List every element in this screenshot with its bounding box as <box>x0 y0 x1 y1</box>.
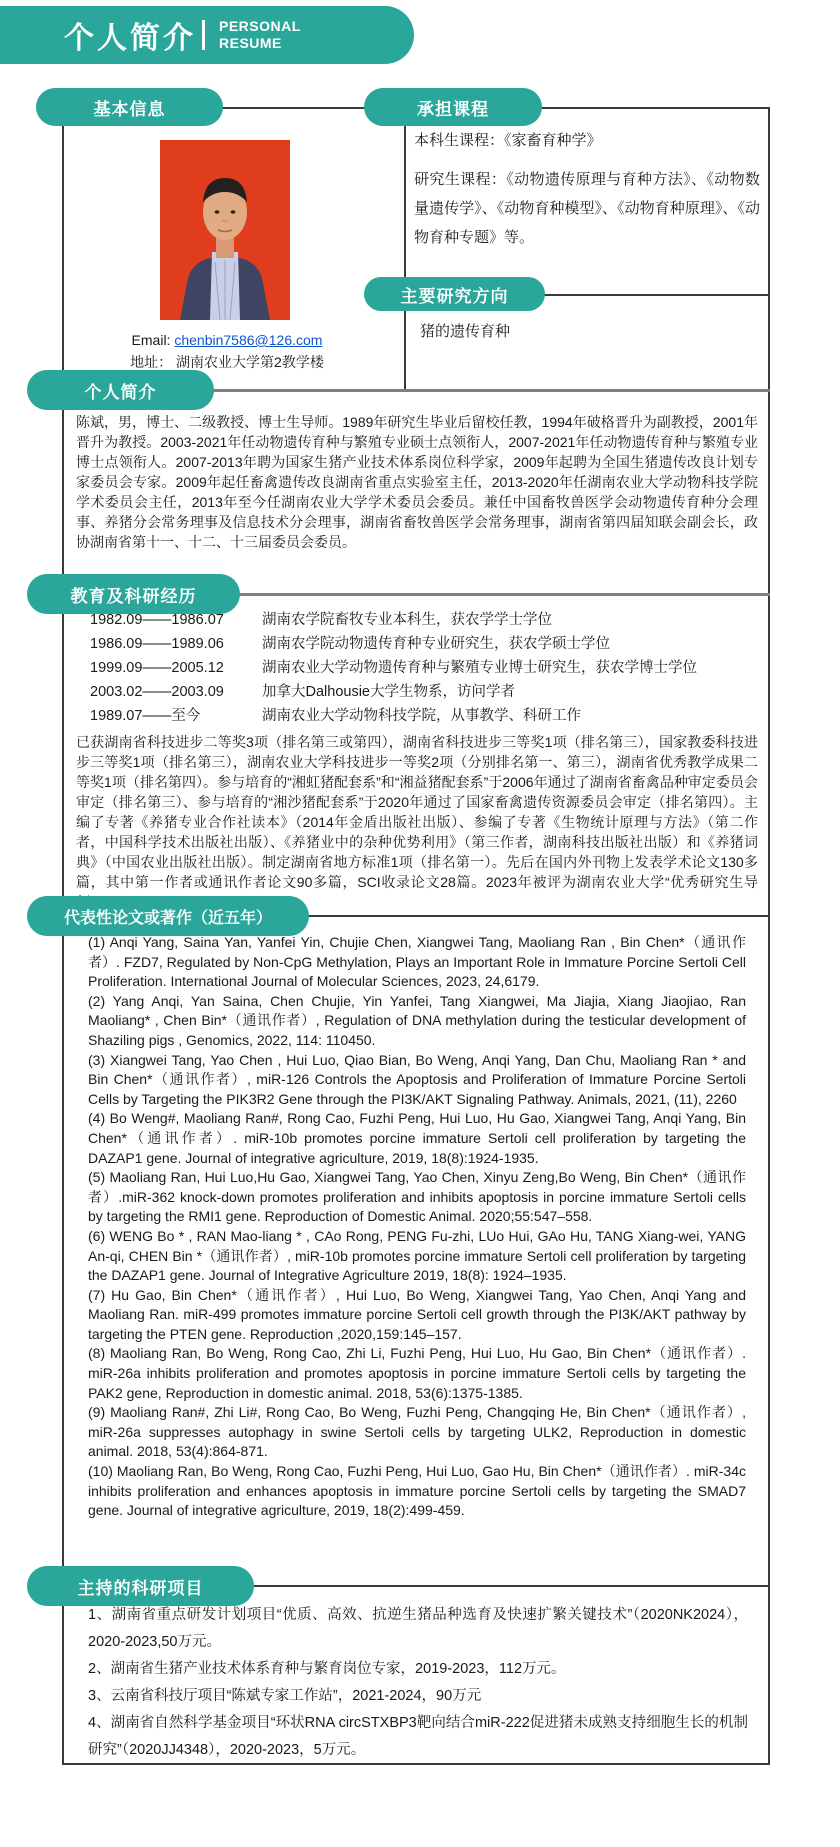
section-header-research-focus: 主要研究方向 <box>364 277 545 311</box>
section-label: 主要研究方向 <box>401 282 509 307</box>
section-header-personal-profile: 个人简介 <box>27 370 214 410</box>
education-period: 1989.07——至今 <box>90 704 262 728</box>
page-title: 个人简介 <box>64 13 196 57</box>
section-label: 基本信息 <box>94 95 166 120</box>
education-content: 1982.09——1986.07 湖南农学院畜牧专业本科生，获农学学士学位 19… <box>76 608 758 912</box>
section-header-courses: 承担课程 <box>364 88 542 126</box>
email-row: Email: chenbin7586@126.com <box>62 329 392 351</box>
education-desc: 湖南农学院畜牧专业本科生，获农学学士学位 <box>262 608 552 632</box>
page-title-en: PERSONAL RESUME <box>219 18 301 52</box>
section-header-papers: 代表性论文或著作（近五年） <box>27 896 309 936</box>
paper-item: (3) Xiangwei Tang, Yao Chen , Hui Luo, Q… <box>88 1051 746 1110</box>
education-period: 1986.09——1989.06 <box>90 632 262 656</box>
address-label: 地址： <box>130 354 172 370</box>
graduate-courses: 研究生课程：《动物遗传原理与育种方法》、《动物数量遗传学》、《动物育种模型》、《… <box>414 165 760 252</box>
projects-content: 1、湖南省重点研发计划项目“优质、高效、抗逆生猪品种选育及快速扩繁关键技术”（2… <box>88 1602 748 1764</box>
page-title-en-line1: PERSONAL <box>219 18 301 35</box>
education-period: 2003.02——2003.09 <box>90 680 262 704</box>
contact-block: Email: chenbin7586@126.com 地址： 湖南农业大学第2教… <box>62 329 392 373</box>
address-value: 湖南农业大学第2教学楼 <box>176 354 324 370</box>
paper-item: (10) Maoliang Ran, Bo Weng, Rong Cao, Fu… <box>88 1462 746 1521</box>
paper-item: (2) Yang Anqi, Yan Saina, Chen Chujie, Y… <box>88 992 746 1051</box>
education-period: 1999.09——2005.12 <box>90 656 262 680</box>
paper-item: (8) Maoliang Ran, Bo Weng, Rong Cao, Zhi… <box>88 1344 746 1403</box>
project-item: 1、湖南省重点研发计划项目“优质、高效、抗逆生猪品种选育及快速扩繁关键技术”（2… <box>88 1602 748 1656</box>
portrait-photo <box>160 140 290 320</box>
border-column-divider <box>404 107 406 391</box>
section-header-basic-info: 基本信息 <box>36 88 223 126</box>
education-desc: 湖南农学院动物遗传育种专业研究生，获农学硕士学位 <box>262 632 610 656</box>
paper-item: (7) Hu Gao, Bin Chen*（通讯作者）, Hui Luo, Bo… <box>88 1286 746 1345</box>
paper-item: (4) Bo Weng#, Maoliang Ran#, Rong Cao, F… <box>88 1109 746 1168</box>
section-label: 代表性论文或著作（近五年） <box>64 905 272 928</box>
paper-item: (6) WENG Bo * , RAN Mao-liang * , CAo Ro… <box>88 1227 746 1286</box>
papers-content: (1) Anqi Yang, Saina Yan, Yanfei Yin, Ch… <box>88 933 746 1521</box>
education-row: 2003.02——2003.09 加拿大Dalhousie大学生物系，访问学者 <box>76 680 758 704</box>
page-title-en-line2: RESUME <box>219 35 301 52</box>
header-divider <box>202 20 205 50</box>
education-desc: 湖南农业大学动物遗传育种与繁殖专业博士研究生，获农学博士学位 <box>262 656 697 680</box>
education-desc: 湖南农业大学动物科技学院，从事教学、科研工作 <box>262 704 581 728</box>
education-row: 1989.07——至今 湖南农业大学动物科技学院，从事教学、科研工作 <box>76 704 758 728</box>
section-header-education: 教育及科研经历 <box>27 574 240 614</box>
paper-item: (9) Maoliang Ran#, Zhi Li#, Rong Cao, Bo… <box>88 1403 746 1462</box>
project-item: 4、湖南省自然科学基金项目“环状RNA circSTXBP3靶向结合miR-22… <box>88 1710 748 1764</box>
section-header-projects: 主持的科研项目 <box>27 1566 254 1606</box>
section-label: 教育及科研经历 <box>71 582 197 607</box>
border-right <box>768 107 770 1765</box>
paper-item: (5) Maoliang Ran, Hui Luo,Hu Gao, Xiangw… <box>88 1168 746 1227</box>
email-label: Email: <box>132 332 171 348</box>
section-label: 主持的科研项目 <box>78 1574 204 1599</box>
achievements-paragraph: 已获湖南省科技进步二等奖3项（排名第三或第四），湖南省科技进步三等奖1项（排名第… <box>76 732 758 912</box>
education-row: 1999.09——2005.12 湖南农业大学动物遗传育种与繁殖专业博士研究生，… <box>76 656 758 680</box>
courses-content: 本科生课程：《家畜育种学》 研究生课程：《动物遗传原理与育种方法》、《动物数量遗… <box>414 126 760 252</box>
education-row: 1986.09——1989.06 湖南农学院动物遗传育种专业研究生，获农学硕士学… <box>76 632 758 656</box>
project-item: 3、云南省科技厅项目“陈斌专家工作站”，2021-2024，90万元 <box>88 1683 748 1710</box>
resume-page: 个人简介 PERSONAL RESUME 基本信息 承担课程 主要研究方向 个人… <box>0 0 840 1847</box>
research-focus-content: 猪的遗传育种 <box>420 320 750 341</box>
project-item: 2、湖南省生猪产业技术体系育种与繁育岗位专家，2019-2023，112万元。 <box>88 1656 748 1683</box>
section-label: 个人简介 <box>85 378 157 403</box>
paper-item: (1) Anqi Yang, Saina Yan, Yanfei Yin, Ch… <box>88 933 746 992</box>
education-desc: 加拿大Dalhousie大学生物系，访问学者 <box>262 680 515 704</box>
section-label: 承担课程 <box>417 95 489 120</box>
email-link[interactable]: chenbin7586@126.com <box>174 332 322 348</box>
page-header: 个人简介 PERSONAL RESUME <box>0 6 414 64</box>
profile-content: 陈斌，男，博士、二级教授、博士生导师。1989年研究生毕业后留校任教，1994年… <box>76 412 758 552</box>
undergrad-courses: 本科生课程：《家畜育种学》 <box>414 126 760 155</box>
